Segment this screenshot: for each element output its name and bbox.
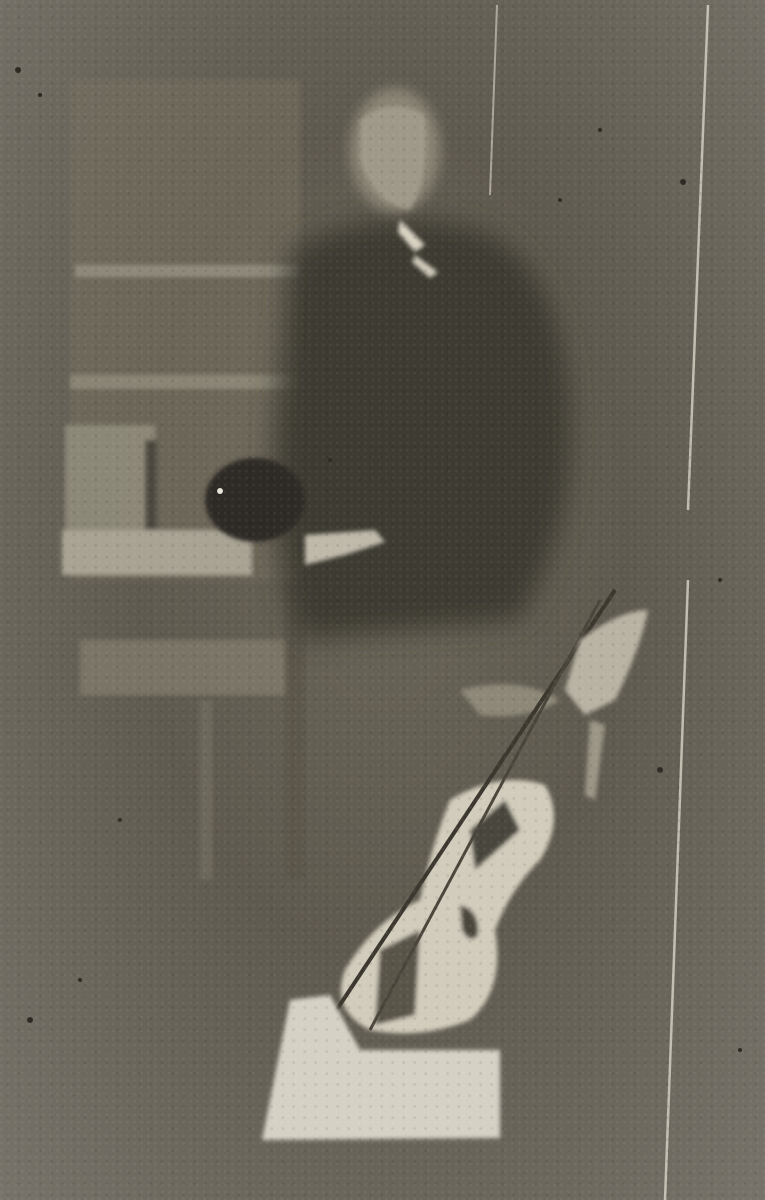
scratch-line <box>688 5 708 510</box>
scratch-line <box>665 580 688 1200</box>
photograph <box>0 0 765 1200</box>
violin <box>341 780 554 1033</box>
scene <box>0 0 765 1200</box>
hat <box>205 458 305 542</box>
scratch-line <box>490 5 497 195</box>
